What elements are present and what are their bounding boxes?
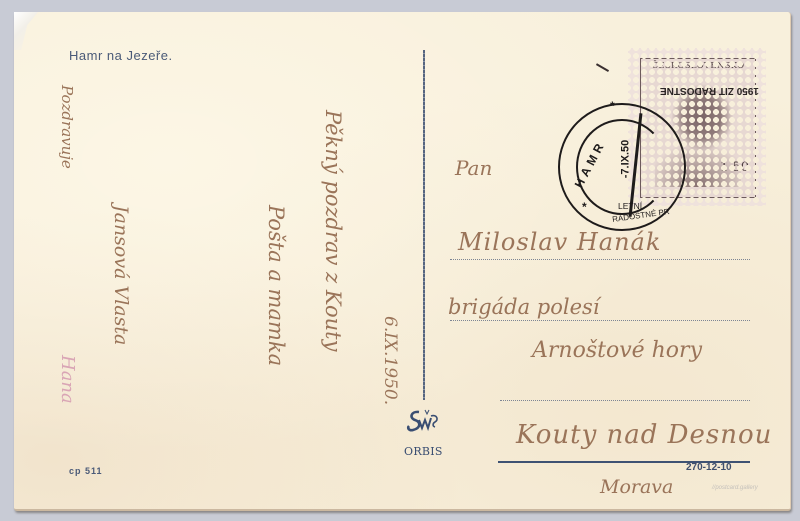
handwritten-address-line-4: Morava — [600, 476, 673, 498]
star-icon: * — [610, 99, 615, 113]
postmark-text-1: LETNÍ — [618, 201, 642, 211]
watermark: //postcard.gallery — [712, 485, 758, 491]
printed-location-title: Hamr na Jezeře. — [69, 48, 173, 63]
handwritten-address-line-1: brigáda polesí — [448, 295, 600, 319]
stamp-country: ČESKOSLOVENSKO — [641, 61, 755, 71]
printed-catalog-number: 270-12-10 — [686, 462, 732, 473]
postmark: HAMR -7.IX.50 LETNÍ RADOSTNÉ PR * * — [558, 103, 686, 231]
postmark-date: -7.IX.50 — [619, 140, 631, 179]
torn-corner — [14, 12, 38, 50]
printed-series-code: cp 511 — [69, 466, 103, 476]
handwritten-address-line-3: Kouty nad Desnou — [516, 420, 772, 450]
handwritten-recipient-name: Miloslav Hanák — [458, 228, 661, 256]
orbis-svet-logo-icon — [405, 408, 441, 436]
pencil-signature: Hana — [57, 355, 78, 404]
handwritten-signature-1: Jansová Vlasta — [110, 205, 132, 345]
address-line-3 — [500, 400, 750, 401]
handwritten-message-line-1: Pěkný pozdrav z Kouty — [321, 110, 345, 351]
stamp-value: 1 50 — [720, 160, 749, 175]
star-icon: * — [582, 200, 587, 214]
publisher-name: ORBIS — [404, 445, 443, 458]
postmark-overprint: 1950 ZIT RADOSTNE — [660, 85, 759, 96]
handwritten-message-line-2: Pošta a mamka — [264, 205, 288, 366]
address-line-4 — [498, 461, 750, 463]
address-line-1 — [450, 259, 750, 260]
handwritten-date: 6.IX.1950. — [380, 316, 400, 405]
handwritten-signature-2: Pozdravuje — [58, 85, 76, 169]
handwritten-address-line-2: Arnoštové hory — [532, 338, 702, 363]
handwritten-salutation: Pan — [455, 156, 492, 180]
message-address-divider — [423, 50, 425, 400]
address-line-2 — [450, 320, 750, 321]
